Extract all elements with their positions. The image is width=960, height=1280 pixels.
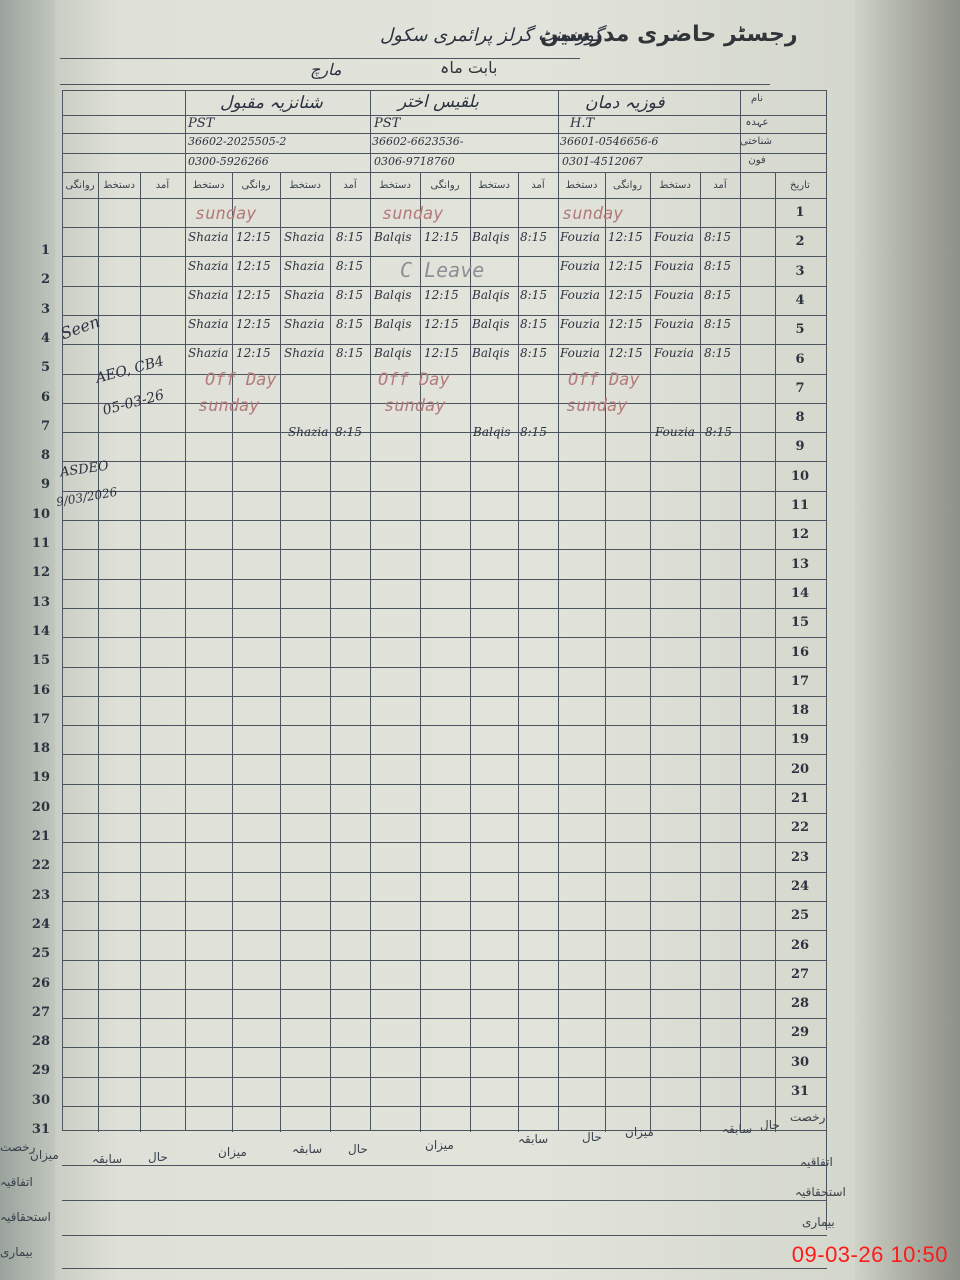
left-page-day-number: 3 <box>0 302 50 317</box>
day-number: 11 <box>775 498 825 513</box>
entry-d4-t2-in-sig: Balqis <box>374 288 412 302</box>
row-line <box>62 960 827 961</box>
row-line <box>62 667 827 668</box>
row-line <box>62 989 827 990</box>
row-line <box>62 579 827 580</box>
day-number: 16 <box>775 645 825 660</box>
day-number: 25 <box>775 908 825 923</box>
footer-mizan: میزان <box>625 1125 654 1139</box>
row-line <box>62 1018 827 1019</box>
entry-d9-t2-time: 8:15 <box>520 425 547 439</box>
day-number: 5 <box>775 322 825 337</box>
left-footer-leave: رخصت <box>0 1140 35 1154</box>
left-page-day-number: 21 <box>0 829 50 844</box>
col-signature: دستخط <box>98 180 140 191</box>
entry-d2-t1-in-sig: Fouzia <box>560 230 600 244</box>
row-line <box>62 901 827 902</box>
row-line <box>62 754 827 755</box>
footer-hal: حال <box>148 1150 168 1164</box>
day-number: 22 <box>775 820 825 835</box>
entry-d2-t3-out: 8:15 <box>336 230 363 244</box>
label-cnic: شناختی <box>742 136 772 147</box>
teacher-1-name: فوزیہ دمان <box>585 92 665 113</box>
day-number: 15 <box>775 615 825 630</box>
day-number: 19 <box>775 732 825 747</box>
entry-d6-t2-out-sig: Balqis <box>472 346 510 360</box>
col-departure: روانگی <box>62 180 98 191</box>
entry-d6-t3-out: 8:15 <box>336 346 363 360</box>
col-signature: دستخط <box>280 180 330 191</box>
col-arrival: آمد <box>330 180 370 191</box>
teacher-1-designation: H.T <box>570 116 594 131</box>
left-page-day-number: 24 <box>0 917 50 932</box>
col-arrival: آمد <box>140 180 185 191</box>
row-line <box>62 549 827 550</box>
left-page-day-number: 27 <box>0 1005 50 1020</box>
row-line <box>62 637 827 638</box>
entry-d6-t3-in-sig: Shazia <box>188 346 228 360</box>
col-signature: دستخط <box>470 180 518 191</box>
day-number: 24 <box>775 879 825 894</box>
entry-d5-t1-out-sig: Fouzia <box>654 317 694 331</box>
footer-sabiqa: سابقہ <box>722 1122 752 1136</box>
row-line <box>62 1077 827 1078</box>
footer-row-leave: رخصت <box>790 1110 825 1124</box>
left-page-day-number: 1 <box>0 243 50 258</box>
left-page-day-number: 25 <box>0 946 50 961</box>
col-departure: روانگی <box>420 180 470 191</box>
entry-d1-t1: sunday <box>562 204 623 224</box>
teacher-3-name: شنانزیہ مقبول <box>220 92 323 113</box>
entry-d5-t3-out-sig: Shazia <box>284 317 324 331</box>
entry-d6-t2-in-sig: Balqis <box>374 346 412 360</box>
left-page-day-number: 6 <box>0 390 50 405</box>
left-page-day-number: 12 <box>0 565 50 580</box>
day-number: 18 <box>775 703 825 718</box>
day-number: 7 <box>775 381 825 396</box>
entry-d8-t3: sunday <box>198 396 259 416</box>
day-number: 6 <box>775 352 825 367</box>
day-number: 27 <box>775 967 825 982</box>
row-line <box>62 256 827 257</box>
day-number: 29 <box>775 1025 825 1040</box>
left-footer-earned: استحقاقیہ <box>0 1210 51 1224</box>
entry-d4-t3-out: 8:15 <box>336 288 363 302</box>
teacher-3-phone: 0300-5926266 <box>188 155 269 168</box>
left-page-day-number: 31 <box>0 1122 50 1137</box>
entry-d6-t2-in: 12:15 <box>424 346 459 360</box>
entry-d6-t1-in: 12:15 <box>608 346 643 360</box>
row-line <box>62 227 827 228</box>
entry-d5-t1-out: 8:15 <box>704 317 731 331</box>
entry-d2-t3-in: 12:15 <box>236 230 271 244</box>
entry-d3-t1-out-sig: Fouzia <box>654 259 694 273</box>
entry-d3-t2: C Leave <box>400 258 484 282</box>
row-line <box>62 286 827 287</box>
label-phone: فون <box>742 155 772 166</box>
day-number: 4 <box>775 293 825 308</box>
footer-sabiqa: سابقہ <box>292 1142 322 1156</box>
left-page-day-number: 14 <box>0 624 50 639</box>
entry-d4-t2-out-sig: Balqis <box>472 288 510 302</box>
day-number: 3 <box>775 264 825 279</box>
label-date: تاریخ <box>776 180 824 191</box>
entry-d9-t3-time: 8:15 <box>335 425 362 439</box>
day-number: 12 <box>775 527 825 542</box>
entry-d6-t2-out: 8:15 <box>520 346 547 360</box>
left-page-day-number: 4 <box>0 331 50 346</box>
entry-d2-t2-in: 12:15 <box>424 230 459 244</box>
day-number: 31 <box>775 1084 825 1099</box>
left-page-day-number: 11 <box>0 536 50 551</box>
row-line <box>62 315 827 316</box>
left-page-day-number: 19 <box>0 770 50 785</box>
entry-d5-t2-out-sig: Balqis <box>472 317 510 331</box>
register-page <box>55 0 855 1280</box>
left-page-day-number: 9 <box>0 477 50 492</box>
left-page-day-number: 22 <box>0 858 50 873</box>
entry-d2-t1-out-sig: Fouzia <box>654 230 694 244</box>
label-designation: عہدہ <box>742 117 772 128</box>
entry-d9-t1-time: 8:15 <box>705 425 732 439</box>
row-line <box>62 461 827 462</box>
entry-d5-t3-out: 8:15 <box>336 317 363 331</box>
col-signature: دستخط <box>650 180 700 191</box>
entry-d8-t2: sunday <box>384 396 445 416</box>
entry-d4-t2-out: 8:15 <box>520 288 547 302</box>
row-line <box>62 696 827 697</box>
entry-d4-t1-in-sig: Fouzia <box>560 288 600 302</box>
row-line <box>62 813 827 814</box>
footer-hal: حال <box>348 1142 368 1156</box>
day-number: 30 <box>775 1055 825 1070</box>
footer-row-sick: بیماری <box>802 1215 835 1229</box>
day-number: 20 <box>775 762 825 777</box>
entry-d3-t3-in-sig: Shazia <box>188 259 228 273</box>
footer-row-casual: اتفاقیہ <box>800 1155 833 1169</box>
day-number: 9 <box>775 439 825 454</box>
left-page-day-number: 18 <box>0 741 50 756</box>
row-line <box>62 1047 827 1048</box>
entry-d2-t1-in: 12:15 <box>608 230 643 244</box>
footer-hal: حال <box>760 1118 780 1132</box>
left-footer-sick: بیماری <box>0 1245 33 1259</box>
row-line <box>62 725 827 726</box>
footer-row-earned: استحقاقیہ <box>795 1185 846 1199</box>
school-name: گورنمنٹ گرلز پرائمری سکول <box>380 25 603 46</box>
entry-d2-t3-out-sig: Shazia <box>284 230 324 244</box>
entry-d2-t2-out: 8:15 <box>520 230 547 244</box>
entry-d3-t1-in: 12:15 <box>608 259 643 273</box>
footer-sabiqa: سابقہ <box>92 1152 122 1166</box>
day-number: 14 <box>775 586 825 601</box>
entry-d5-t3-in-sig: Shazia <box>188 317 228 331</box>
previous-page-edge <box>0 0 62 1280</box>
col-departure: روانگی <box>605 180 650 191</box>
entry-d6-t1-out-sig: Fouzia <box>654 346 694 360</box>
entry-d3-t3-out: 8:15 <box>336 259 363 273</box>
teacher-2-cnic: 36602-6623536- <box>372 135 463 148</box>
entry-d6-t3-out-sig: Shazia <box>284 346 324 360</box>
col-signature: دستخط <box>558 180 605 191</box>
day-number: 1 <box>775 205 825 220</box>
teacher-1-cnic: 36601-0546656-6 <box>560 135 658 148</box>
row-line <box>62 930 827 931</box>
left-page-day-number: 26 <box>0 976 50 991</box>
left-page-day-number: 16 <box>0 683 50 698</box>
entry-d1-t2: sunday <box>382 204 443 224</box>
entry-d5-t2-out: 8:15 <box>520 317 547 331</box>
left-page-day-number: 23 <box>0 888 50 903</box>
entry-d5-t2-in: 12:15 <box>424 317 459 331</box>
row-line <box>62 784 827 785</box>
month-value: مارچ <box>310 60 342 79</box>
entry-d2-t2-in-sig: Balqis <box>374 230 412 244</box>
teacher-3-designation: PST <box>188 116 214 131</box>
footer-mizan: میزان <box>425 1138 454 1152</box>
entry-d5-t1-in-sig: Fouzia <box>560 317 600 331</box>
day-number: 17 <box>775 674 825 689</box>
camera-timestamp: 09-03-26 10:50 <box>792 1242 948 1268</box>
left-page-day-number: 2 <box>0 272 50 287</box>
footer-sabiqa: سابقہ <box>518 1132 548 1146</box>
left-page-day-number: 30 <box>0 1093 50 1108</box>
left-page-day-number: 28 <box>0 1034 50 1049</box>
entry-d9-t2-sig: Balqis <box>473 425 511 439</box>
day-number: 2 <box>775 234 825 249</box>
left-page-day-number: 15 <box>0 653 50 668</box>
entry-d4-t1-out-sig: Fouzia <box>654 288 694 302</box>
row-line <box>62 872 827 873</box>
col-arrival: آمد <box>700 180 740 191</box>
entry-d6-t1-out: 8:15 <box>704 346 731 360</box>
teacher-3-cnic: 36602-2025505-2 <box>188 135 286 148</box>
footer-mizan: میزان <box>218 1145 247 1159</box>
entry-d5-t2-in-sig: Balqis <box>374 317 412 331</box>
left-page-day-number: 29 <box>0 1063 50 1078</box>
left-page-day-number: 5 <box>0 360 50 375</box>
left-page-day-number: 8 <box>0 448 50 463</box>
left-page-day-number: 10 <box>0 507 50 522</box>
entry-d2-t1-out: 8:15 <box>704 230 731 244</box>
entry-d4-t3-in-sig: Shazia <box>188 288 228 302</box>
day-number: 28 <box>775 996 825 1011</box>
teacher-2-designation: PST <box>374 116 400 131</box>
col-arrival: آمد <box>518 180 558 191</box>
row-line <box>62 1106 827 1107</box>
entry-d3-t1-in-sig: Fouzia <box>560 259 600 273</box>
row-line <box>62 608 827 609</box>
entry-d3-t1-out: 8:15 <box>704 259 731 273</box>
row-line <box>62 491 827 492</box>
day-number: 10 <box>775 469 825 484</box>
entry-d2-t2-out-sig: Balqis <box>472 230 510 244</box>
entry-d4-t2-in: 12:15 <box>424 288 459 302</box>
row-line <box>62 520 827 521</box>
entry-d8-t1: sunday <box>566 396 627 416</box>
teacher-2-name: بلقیس اختر <box>398 92 479 112</box>
entry-d6-t3-in: 12:15 <box>236 346 271 360</box>
teacher-2-phone: 0306-9718760 <box>374 155 455 168</box>
entry-d2-t3-in-sig: Shazia <box>188 230 228 244</box>
col-signature: دستخط <box>370 180 420 191</box>
entry-d7-t2: Off Day <box>378 370 450 390</box>
row-line <box>62 842 827 843</box>
entry-d9-t3-sig: Shazia <box>288 425 328 439</box>
left-page-day-number: 20 <box>0 800 50 815</box>
month-label: بابت ماہ <box>440 58 497 77</box>
day-number: 8 <box>775 410 825 425</box>
entry-d5-t1-in: 12:15 <box>608 317 643 331</box>
entry-d4-t3-out-sig: Shazia <box>284 288 324 302</box>
col-signature: دستخط <box>185 180 232 191</box>
day-number: 21 <box>775 791 825 806</box>
day-number: 26 <box>775 938 825 953</box>
label-name: نام <box>742 93 772 104</box>
left-footer-casual: اتفاقیہ <box>0 1175 33 1189</box>
day-number: 23 <box>775 850 825 865</box>
row-line <box>62 344 827 345</box>
entry-d1-t3: sunday <box>195 204 256 224</box>
entry-d9-t1-sig: Fouzia <box>655 425 695 439</box>
entry-d6-t1-in-sig: Fouzia <box>560 346 600 360</box>
teacher-1-phone: 0301-4512067 <box>562 155 643 168</box>
entry-d7-t1: Off Day <box>568 370 640 390</box>
entry-d5-t3-in: 12:15 <box>236 317 271 331</box>
entry-d3-t3-in: 12:15 <box>236 259 271 273</box>
entry-d7-t3: Off Day <box>205 370 277 390</box>
footer-hal: حال <box>582 1130 602 1144</box>
entry-d4-t1-out: 8:15 <box>704 288 731 302</box>
entry-d3-t3-out-sig: Shazia <box>284 259 324 273</box>
left-page-day-number: 7 <box>0 419 50 434</box>
book-edge <box>855 0 960 1280</box>
left-page-day-number: 17 <box>0 712 50 727</box>
left-page-day-number: 13 <box>0 595 50 610</box>
entry-d4-t3-in: 12:15 <box>236 288 271 302</box>
day-number: 13 <box>775 557 825 572</box>
entry-d4-t1-in: 12:15 <box>608 288 643 302</box>
col-departure: روانگی <box>232 180 280 191</box>
